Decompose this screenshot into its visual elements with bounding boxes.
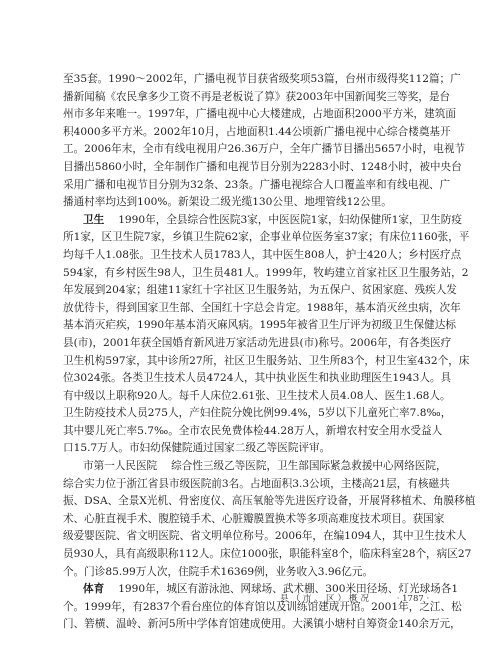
paragraph-broadcast: 至35套。1990～2002年，广播电视节目获省级奖项53篇，台州市级得奖112…: [63, 71, 418, 212]
text-line: 至35套。1990～2002年，广播电视节目获省级奖项53篇，台州市级得奖112…: [63, 71, 418, 89]
text-line: 基本消灭疟疾，1990年基本消灭麻风病。1995年被省卫生厅评为初级卫生保健达标: [63, 317, 418, 335]
text-line: 个。门诊85.99万人次，住院手术16369例，业务收入3.96亿元。: [63, 564, 418, 582]
text-line: 播新闻稿《农民拿多少工资不再是老板说了算》获2003年中国新闻奖三等奖，是台: [63, 89, 418, 107]
text-line: 综合实力位于浙江省县市级医院前3名。占地面积3.3公顷，主楼高21层，有核磁共: [63, 476, 418, 494]
page-footer: 县（市、区）概况 · 1787 ·: [280, 592, 429, 604]
section-heading-health: 卫生: [83, 214, 104, 226]
text-line: 员930人，具有高级职称112人。床位1000张，职能科室8个，临床科室28个，…: [63, 546, 418, 564]
text-line: 594家，有乡村医生98人，卫生员481人。1999年，牧屿建立首家社区卫生服务…: [63, 265, 418, 283]
text-line: 采用广播和电视节目分别为32条、23条。广播电视综合人口覆盖率和有线电视、广: [63, 177, 418, 195]
text-line: 县(市)，2001年获全国婚育新风进万家活动先进县(市)称号。2006年，有各类…: [63, 335, 418, 353]
text-line: 目播出5860小时，全年制作广播和电视节目分别为2283小时、1248小时，被中…: [63, 159, 418, 177]
text-line: 卫生1990年，全县综合性医院3家，中医医院1家，妇幼保健所1家，卫生防疫: [63, 212, 418, 230]
text-line: 放优待卡，得到国家卫生部、全国红十字总会肯定。1988年，基本消灭丝虫病，次年: [63, 300, 418, 318]
paragraph-sports: 体育1990年，城区有游泳池、网球场、武术棚、300米田径场、灯光球场各1 个。…: [63, 581, 418, 634]
section-heading-sports: 体育: [83, 583, 104, 595]
paragraph-health: 卫生1990年，全县综合性医院3家，中医医院1家，妇幼保健所1家，卫生防疫 所1…: [63, 212, 418, 458]
text-span: 1990年，全县综合性医院3家，中医医院1家，妇幼保健所1家，卫生防疫: [118, 214, 462, 226]
text-line: 门、箬横、温岭、新河5所中学体育馆建成使用。大溪镇小塘村自筹资金140余万元，: [63, 616, 418, 634]
text-line: 工。2006年末，全市有线电视用户26.36万户，全年广播节目播出5657小时，…: [63, 141, 418, 159]
text-line: 市第一人民医院综合性三级乙等医院，卫生部国际紧急救援中心网络医院，: [63, 458, 418, 476]
running-footer-section: 县（市、区）概况: [280, 594, 372, 604]
text-line: 振、DSA、全景X光机、骨密度仪、高压氧舱等先进医疗设备，开展肾移植术、角膜移植: [63, 493, 418, 511]
text-line: 术、心脏直视手术、腹腔镜手术、心脏瓣膜置换术等多项高难度技术项目。获国家: [63, 511, 418, 529]
text-line: 卫生防疫技术人员275人，产妇住院分娩比例99.4%，5岁以下儿童死亡率7.8‰…: [63, 405, 418, 423]
page-number: · 1787 ·: [397, 594, 429, 604]
text-line: 卫生机构597家，其中诊所27所，社区卫生服务站、卫生所83个，村卫生室432个…: [63, 353, 418, 371]
text-line: 播通村率均达到100%。新架设二级光缆130公里、地埋管线12公里。: [63, 194, 418, 212]
paragraph-hospital: 市第一人民医院综合性三级乙等医院，卫生部国际紧急救援中心网络医院， 综合实力位于…: [63, 458, 418, 581]
section-heading-hospital: 市第一人民医院: [83, 460, 157, 472]
text-line: 级爱婴医院、省文明医院、省文明单位称号。2006年，在编1094人，其中卫生技术…: [63, 528, 418, 546]
text-line: 有中级以上职称920人。每千人床位2.61张、卫生技术人员4.08人、医生1.6…: [63, 388, 418, 406]
text-line: 所1家，区卫生院7家，乡镇卫生院62家，企事业单位医务室37家；有床位1160张…: [63, 229, 418, 247]
text-line: 积4000多平方米。2002年10月，占地面积1.44公顷新广播电视中心综合楼奠…: [63, 124, 418, 142]
text-line: 州市多年来唯一。1997年，广播电视中心大楼建成，占地面积2000平方米，建筑面: [63, 106, 418, 124]
text-line: 其中婴儿死亡率5.7‰。全市农民免费体检44.28万人，新增农村安全用水受益人: [63, 423, 418, 441]
text-line: 年发展到204家；组建11家红十字社区卫生服务站，为五保户、贫困家庭、残疾人发: [63, 282, 418, 300]
document-body: 至35套。1990～2002年，广播电视节目获省级奖项53篇，台州市级得奖112…: [63, 71, 418, 634]
text-line: 均每千人1.08张。卫生技术人员1783人，其中医生808人，护士420人；乡村…: [63, 247, 418, 265]
text-line: 位3024张。各类卫生技术人员4724人，其中执业医生和执业助理医生1943人。…: [63, 370, 418, 388]
text-line: 口15.7万人。市妇幼保健院通过国家二级乙等医院评审。: [63, 440, 418, 458]
text-span: 综合性三级乙等医院，卫生部国际紧急救援中心网络医院，: [171, 460, 446, 472]
